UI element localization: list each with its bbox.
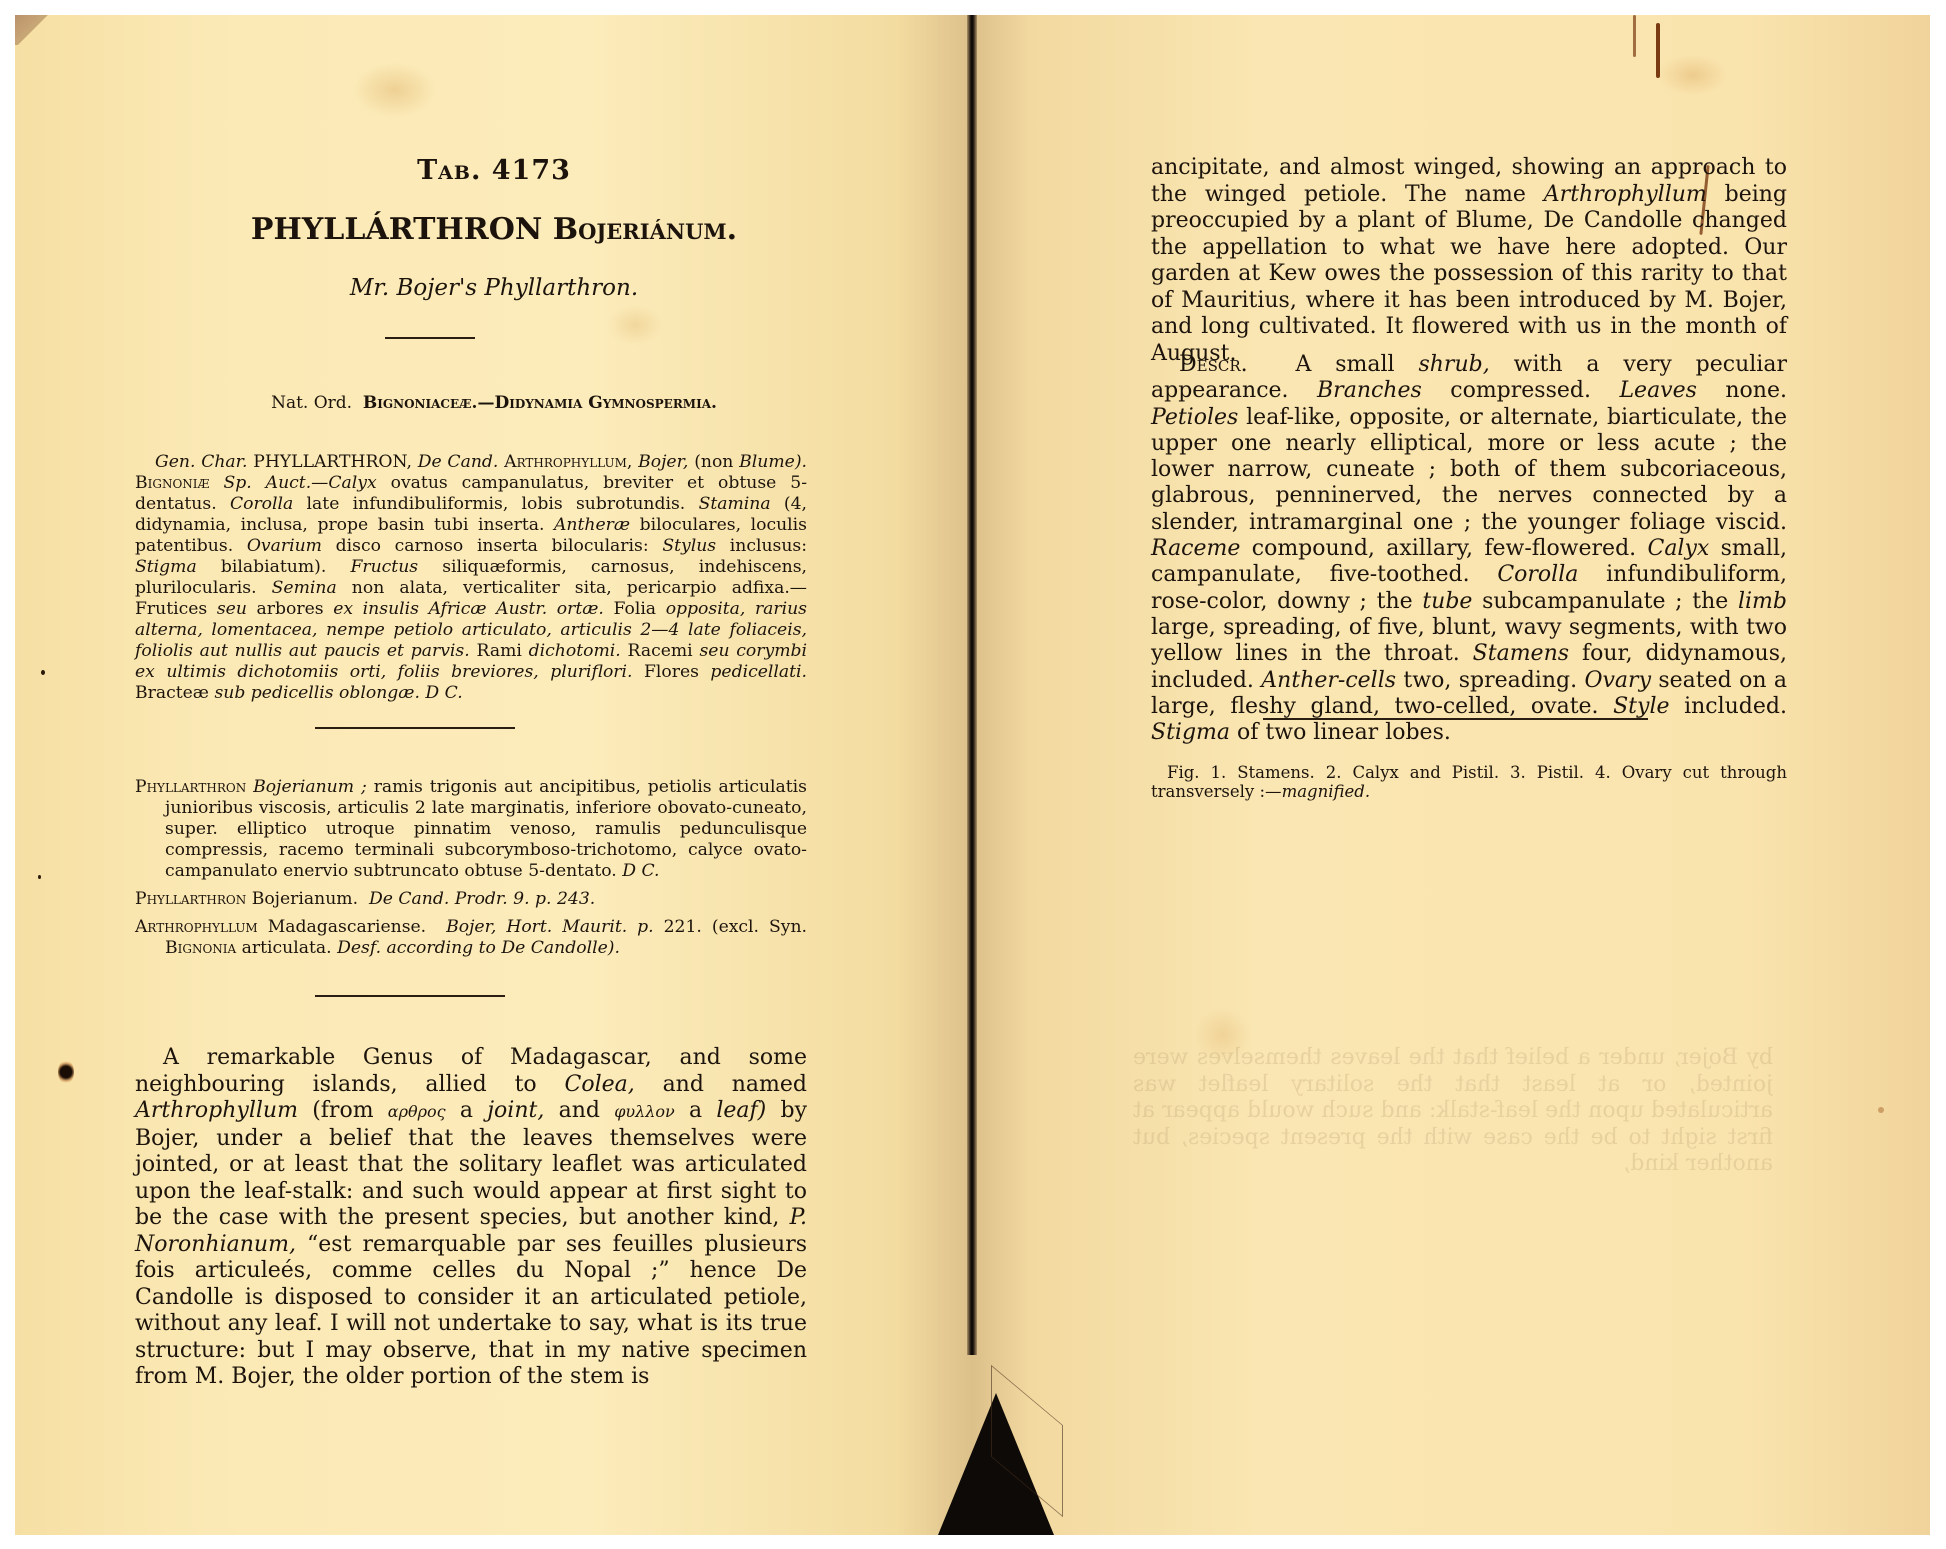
figure-caption: Fig. 1. Stamens. 2. Calyx and Pistil. 3.…: [1151, 763, 1787, 801]
common-name: Mr. Bojer's Phyllarthron.: [15, 275, 973, 301]
greek-word: φυλλον: [614, 1102, 675, 1121]
rust-stain: [1633, 15, 1636, 57]
synonymy: Phyllarthron Bojerianum ; ramis trigonis…: [135, 777, 807, 966]
description: Descr. A small shrub, with a very peculi…: [1151, 352, 1787, 746]
speck: [41, 670, 45, 675]
rust-stain: [1656, 23, 1660, 78]
left-page: Tab. 4173 PHYLLÁRTHRON Bojeriánum. Mr. B…: [15, 15, 973, 1535]
folded-corner-shadow: [15, 15, 50, 45]
speck: [1878, 1107, 1884, 1113]
book-gutter: [967, 15, 977, 1355]
speck: [38, 875, 41, 879]
natural-order: Nat. Ord. Bignoniaceæ.—Didynamia Gymnosp…: [15, 393, 973, 413]
genus-name: PHYLLÁRTHRON: [251, 212, 542, 247]
divider-rule: [315, 727, 515, 729]
ink-blot: [58, 1060, 74, 1084]
book-spread: Tab. 4173 PHYLLÁRTHRON Bojeriánum. Mr. B…: [15, 15, 1930, 1535]
body-text: A remarkable Genus of Madagascar, and so…: [135, 1045, 807, 1391]
divider-rule: [385, 337, 475, 339]
divider-rule: [1263, 718, 1648, 720]
generic-character: Gen. Char. PHYLLARTHRON, De Cand. Arthro…: [135, 452, 807, 704]
greek-word: αρθρος: [388, 1102, 446, 1121]
plate-number: Tab. 4173: [15, 155, 973, 186]
synonym-entry: Arthrophyllum Madagascariense. Bojer, Ho…: [135, 917, 807, 959]
body-text-continued: ancipitate, and almost winged, showing a…: [1151, 155, 1787, 367]
synonym-entry: Phyllarthron Bojerianum. De Cand. Prodr.…: [135, 889, 807, 910]
divider-rule: [315, 995, 505, 997]
synonym-entry: Phyllarthron Bojerianum ; ramis trigonis…: [135, 777, 807, 882]
species-name: Bojeriánum.: [553, 212, 737, 247]
right-page: by Bojer, under a belief that the leaves…: [973, 15, 1930, 1535]
show-through-text: by Bojer, under a belief that the leaves…: [1133, 1045, 1773, 1375]
plant-title: PHYLLÁRTHRON Bojeriánum.: [15, 212, 973, 247]
